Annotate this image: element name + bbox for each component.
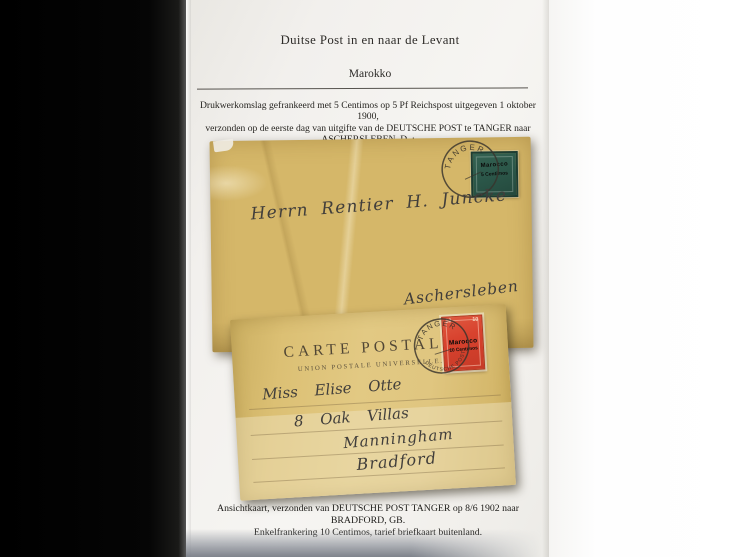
caption-line-1: Ansichtkaart, verzonden van DEUTSCHE POS… [189,503,547,527]
postcard: CARTE POSTALE UNION POSTALE UNIVERSELLE.… [230,304,516,501]
album-page-photo: Duitse Post in en naar de Levant Marokko… [0,0,740,557]
right-white-background [549,0,740,557]
postmark-town-text: TANGER [437,135,489,173]
postmark-date-line [435,349,452,354]
description-line-1: Drukwerkomslag gefrankeerd met 5 Centimo… [189,100,547,123]
postmark-date-line [465,172,481,180]
svg-text:TANGER: TANGER [437,135,489,173]
postmark-town-text: TANGER [412,313,460,343]
page-subtitle: Marokko [190,67,550,80]
postmark-office-text: DEUTSCHE POST [422,348,471,379]
stamp-value-right: 10 [472,317,478,323]
envelope-torn-corner [213,139,234,153]
envelope-addressee-handwriting: Herrn Rentier H. Juncke [250,185,508,224]
postcard-address-line-1: Miss Elise Otte [262,375,402,403]
svg-text:DEUTSCHE POST: DEUTSCHE POST [422,348,471,379]
left-black-background [0,0,186,557]
svg-text:TANGER: TANGER [412,313,460,343]
page-title: Duitse Post in en naar de Levant [190,33,550,48]
sheet-bottom-shadow [186,529,549,557]
